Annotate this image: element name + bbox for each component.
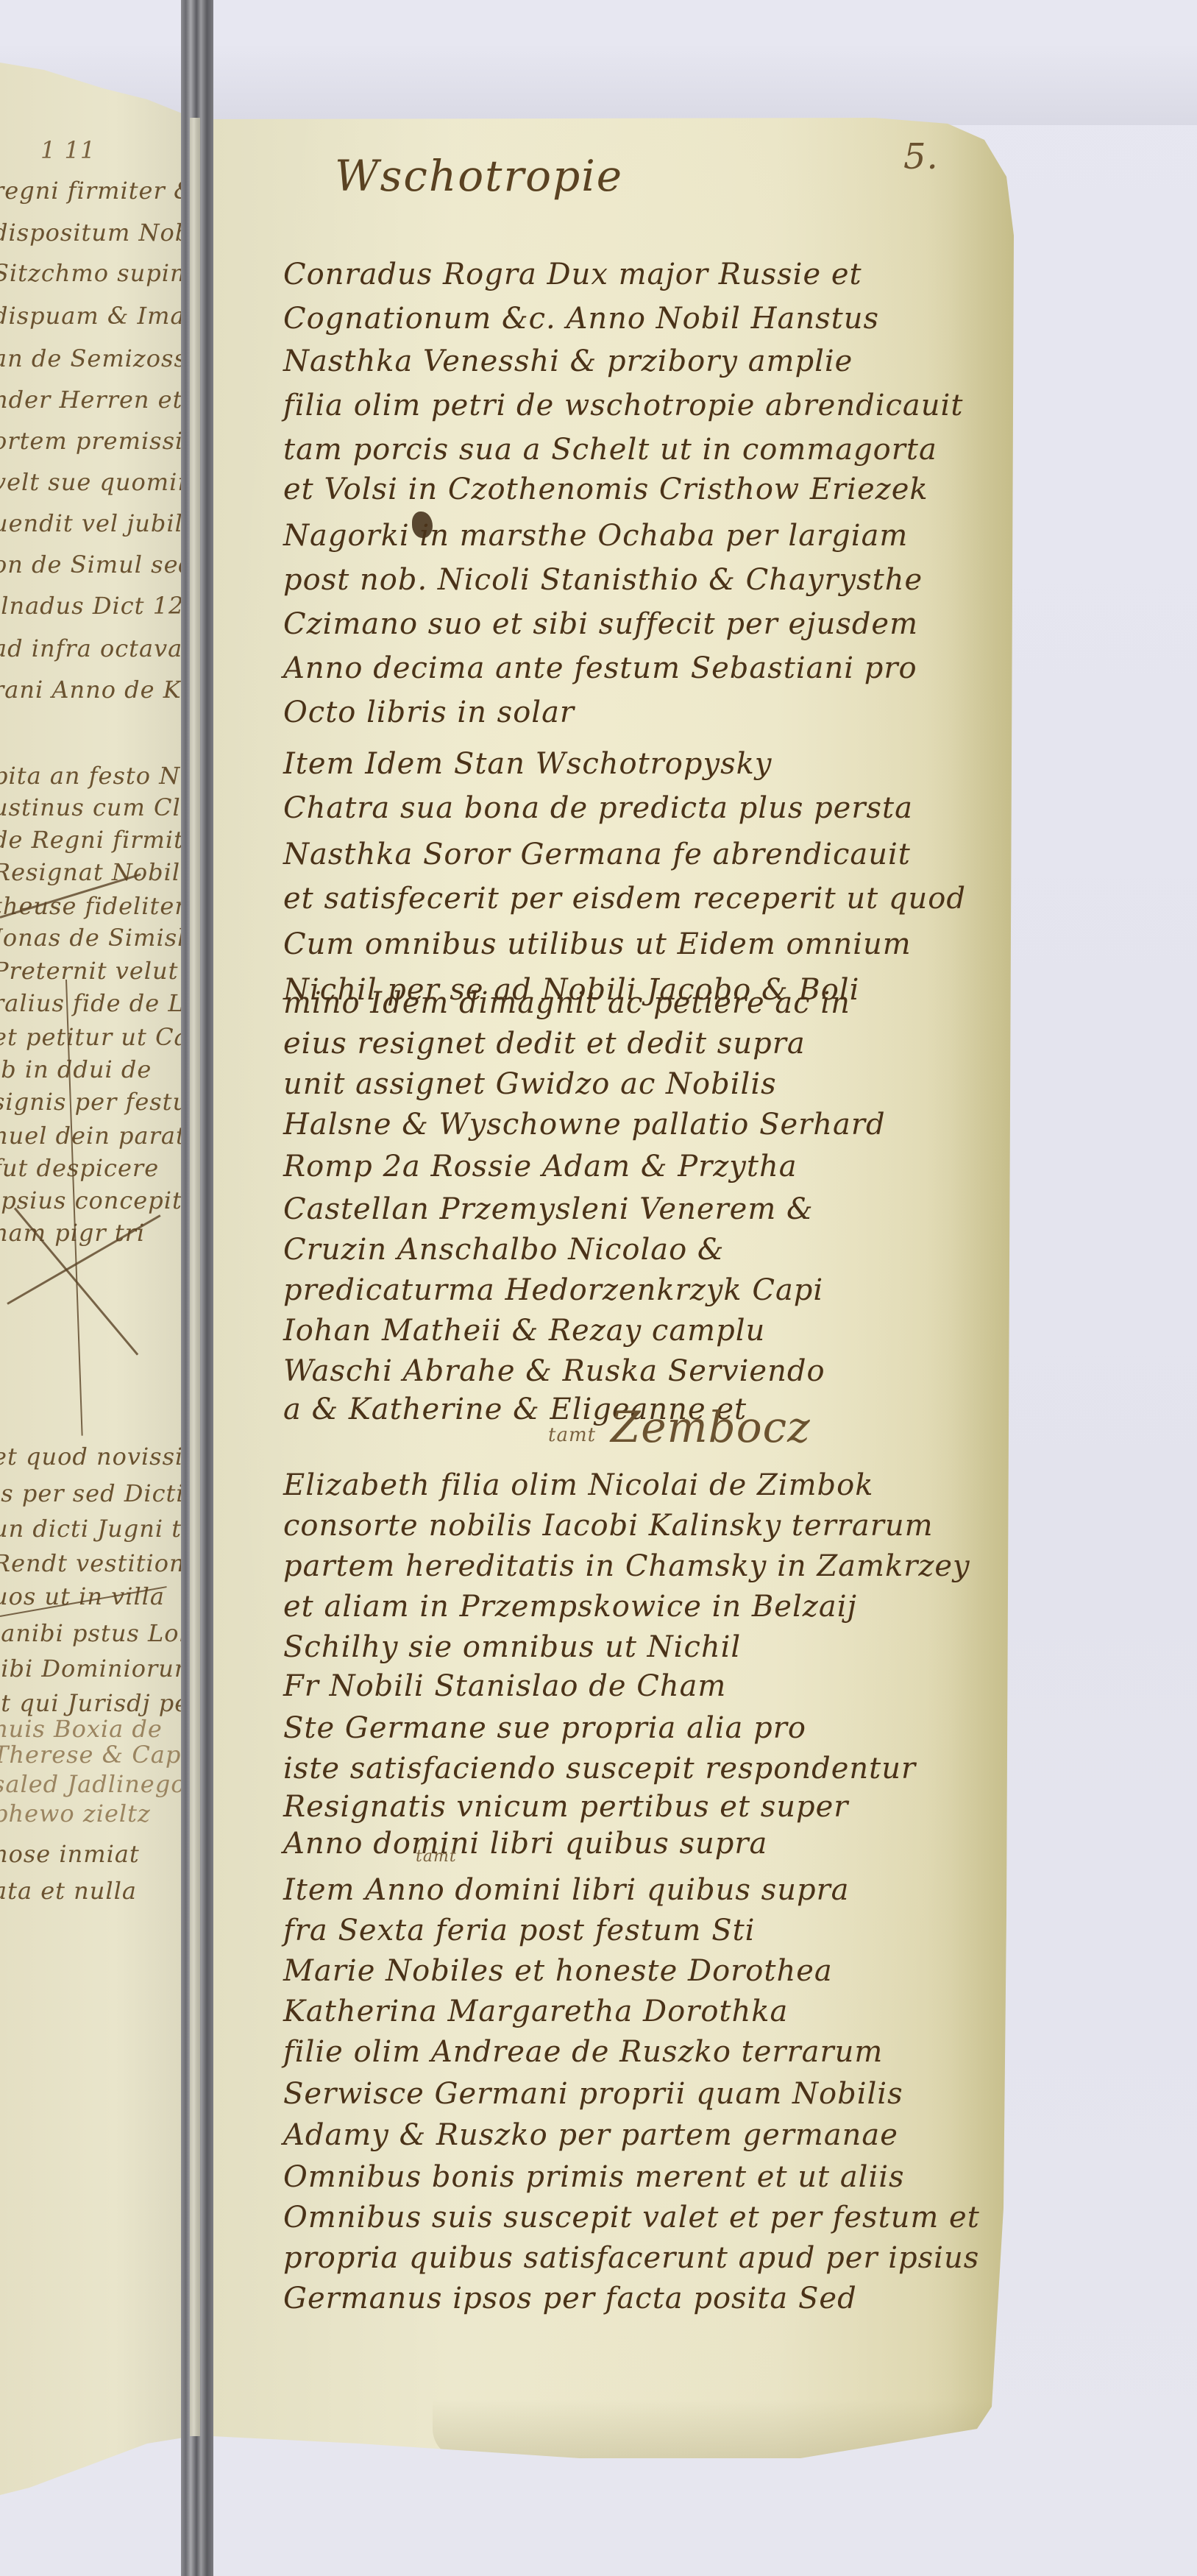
left-line: ata et nulla [0, 1877, 137, 1905]
page-header-title: Wschotropie [335, 151, 623, 201]
entry-line: Chatra sua bona de predicta plus persta [283, 791, 913, 825]
entry-line: filia olim petri de wschotropie abrendic… [283, 389, 963, 422]
entry-line: Schilhy sie omnibus ut Nichil [283, 1630, 741, 1664]
entry-line: Nasthka Venesshi & przibory amplie [283, 344, 853, 378]
entry-line: Halsne & Wyschowne pallatio Serhard [283, 1108, 886, 1142]
entry-line: filie olim Andreae de Ruszko terrarum [283, 2035, 883, 2069]
entry-line: Omnibus bonis primis merent et ut aliis [283, 2160, 905, 2194]
left-line: libi Dominiorum [0, 1655, 197, 1682]
left-line: nose inmiat [0, 1840, 140, 1868]
left-line: on de Simul sed [0, 551, 194, 578]
entry-line: fra Sexta feria post festum Sti [283, 1914, 755, 1947]
section-heading-prefix: tamt [548, 1424, 596, 1446]
left-line-faded: phewo zieltz [0, 1800, 151, 1827]
entry-line: Octo libris in solar [283, 696, 575, 729]
entry-line: et satisfecerit per eisdem receperit ut … [283, 882, 966, 916]
left-line: ilnadus Dict 12 [0, 592, 184, 620]
left-line: fut despicere [0, 1154, 159, 1182]
entry-line: propria quibus satisfacerunt apud per ip… [283, 2241, 979, 2275]
left-line-faded: Therese & Capo [0, 1741, 196, 1769]
left-line: ad infra octavas [0, 634, 196, 662]
left-line: velt sue quomin [0, 468, 193, 496]
entry-line: predicaturma Hedorzenkrzyk Capi [283, 1273, 823, 1307]
left-line: lanibi pstus Loh [0, 1619, 195, 1647]
entry-line: Castellan Przemysleni Venerem & [283, 1192, 814, 1226]
entry-line: Cum omnibus utilibus ut Eidem omnium [283, 927, 912, 961]
left-line: un dicti Jugni tri [0, 1515, 202, 1543]
left-line: nam pigr tri [0, 1219, 145, 1247]
entry-line: Germanus ipsos per facta posita Sed [283, 2282, 857, 2315]
entry-line: partem hereditatis in Chamsky in Zamkrze… [283, 1549, 970, 1583]
entry-line: Katherina Margaretha Dorothka [283, 1995, 788, 2028]
entry-line: unit assignet Gwidzo ac Nobilis [283, 1067, 777, 1101]
gutter-fold [190, 118, 200, 2436]
left-line: rani Anno de Kon [0, 676, 212, 704]
entry-line: post nob. Nicoli Stanisthio & Chayrysthe [283, 563, 923, 597]
left-line: is per sed Dictis [0, 1479, 197, 1507]
entry-line: et aliam in Przempskowice in Belzaij [283, 1590, 857, 1624]
section-heading-zembocz: Zembocz [611, 1402, 811, 1452]
entry-line: Marie Nobiles et honeste Dorothea [283, 1954, 833, 1988]
left-page-marks: 1 11 [40, 136, 96, 164]
entry-line: Anno decima ante festum Sebastiani pro [283, 651, 917, 685]
left-line: et petitur ut Cad [0, 1023, 205, 1051]
left-line: ib in ddui de [0, 1055, 152, 1083]
entry-line: Ste Germane sue propria alia pro [283, 1711, 806, 1745]
entry-mark: tamt [416, 1847, 457, 1866]
left-line: Rendt vestitionis [0, 1549, 206, 1577]
entry-line: Fr Nobili Stanislao de Cham [283, 1669, 726, 1703]
entry-line: Cruzin Anschalbo Nicolao & [283, 1233, 725, 1267]
entry-line: Czimano suo et sibi suffecit per ejusdem [283, 607, 918, 641]
left-line: Preternit velut [0, 957, 178, 985]
entry-line: tam porcis sua a Schelt ut in commagorta [283, 433, 937, 467]
entry-line: eius resignet dedit et dedit supra [283, 1027, 806, 1061]
left-line: signis per festum [0, 1088, 211, 1116]
left-line: uos ut in villa [0, 1582, 165, 1610]
entry-line: iste satisfaciendo suscepit respondentur [283, 1752, 916, 1786]
entry-line: Elizabeth filia olim Nicolai de Zimbok [283, 1468, 873, 1502]
entry-line: Nasthka Soror Germana fe abrendicauit [283, 838, 911, 871]
entry-line: Nagorki in marsthe Ochaba per largiam [283, 519, 908, 553]
entry-line: mino Idem dimagnit ac petiere ac in [283, 986, 850, 1020]
entry-line: Romp 2a Rossie Adam & Przytha [283, 1150, 798, 1183]
entry-line: Item Idem Stan Wschotropysky [283, 747, 772, 781]
entry-line: Item Anno domini libri quibus supra [283, 1873, 850, 1907]
entry-line: Serwisce Germani proprii quam Nobilis [283, 2077, 903, 2111]
entry-line: Cognationum &c. Anno Nobil Hanstus [283, 302, 879, 336]
entry-line: consorte nobilis Iacobi Kalinsky terraru… [283, 1509, 934, 1543]
left-line: Resignat Nobil [0, 858, 180, 886]
left-line-faded: nuis Boxia de [0, 1715, 163, 1743]
entry-line: Resignatis vnicum pertibus et super [283, 1790, 848, 1824]
left-page: 1 11 regni firmiter & Cand dispositum No… [0, 0, 193, 2576]
entry-line: Iohan Matheii & Rezay camplu [283, 1314, 765, 1348]
entry-line: et Volsi in Czothenomis Cristhow Eriezek [283, 473, 928, 506]
left-line: it qui Jurisdj per [0, 1689, 201, 1717]
left-line: de Regni firmiter [0, 826, 210, 854]
entry-line: Adamy & Ruszko per partem germanae [283, 2118, 898, 2152]
left-line: ipsius concepit [0, 1186, 182, 1214]
entry-line: Conradus Rogra Dux major Russie et [283, 258, 862, 291]
left-line: nuel dein parati [0, 1122, 194, 1150]
entry-line: Waschi Abrahe & Ruska Serviendo [283, 1354, 825, 1388]
entry-line: Anno domini libri quibus supra [283, 1827, 767, 1861]
folio-number: 5. [903, 136, 939, 177]
entry-line: Omnibus suis suscepit valet et per festu… [283, 2201, 980, 2234]
left-line: an de Semizoss [0, 344, 187, 372]
